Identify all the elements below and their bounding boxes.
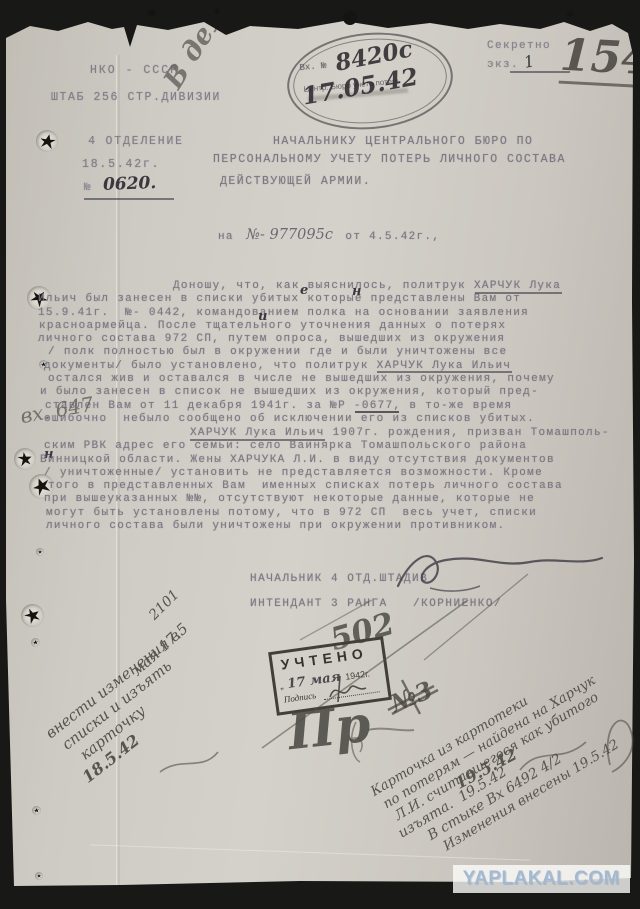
site-watermark: YAPLAKAL.COM bbox=[453, 865, 630, 893]
uchteno-date-handwritten: 17 мая bbox=[287, 670, 342, 692]
pencil-mark-n3-crossed: №3 bbox=[386, 675, 437, 718]
letterhead-number-handwritten: 0620. bbox=[103, 173, 157, 195]
handwritten-correction: е bbox=[300, 283, 308, 298]
body-text-line: того в представленных Вам именных списка… bbox=[48, 480, 610, 493]
reference-prefix: на bbox=[218, 231, 234, 243]
paper-crease-bottom bbox=[90, 844, 530, 860]
secrecy-label: Секретно bbox=[487, 40, 551, 52]
pencil-stroke bbox=[368, 729, 414, 731]
addressee-line2: ПЕРСОНАЛЬНОМУ УЧЕТУ ПОТЕРЬ ЛИЧНОГО СОСТА… bbox=[213, 153, 566, 166]
scanned-document-photo: НКО - СССР ШТАБ 256 СТР.ДИВИЗИИ 4 ОТДЕЛЕ… bbox=[0, 0, 640, 909]
letterhead-number-underline bbox=[84, 198, 174, 200]
body-text-line: остался жив и оставался в числе не вышед… bbox=[48, 373, 561, 386]
ink-signature bbox=[398, 556, 602, 586]
handwritten-correction: н bbox=[352, 284, 361, 299]
addressee-line3: ДЕЙСТВУЮЩЕЙ АРМИИ. bbox=[220, 175, 371, 188]
body-text-line: ским РВК адрес его семьи: село Вайнярка … bbox=[44, 440, 610, 453]
body-paragraph-1: Доношу, что, как выяснилось, политрук ХА… bbox=[38, 280, 561, 426]
body-text-line: ошибочно небыло сообщено об исключении е… bbox=[44, 413, 561, 426]
pencil-stroke bbox=[424, 574, 528, 660]
ink-blot bbox=[343, 11, 357, 25]
body-text-line: красноармейца. После тщательного уточнен… bbox=[39, 320, 561, 333]
uchteno-quote: „ bbox=[279, 681, 284, 692]
body-text-line: личного состава 972 СП, путем опроса, вы… bbox=[38, 333, 561, 346]
note-bottom-left-number: 2101 bbox=[146, 587, 183, 624]
underline-name bbox=[377, 371, 512, 373]
body-paragraph-2: ХАРЧУК Лука Ильич 1907г. рождения, призв… bbox=[40, 427, 610, 533]
body-text-line: и было занесен в список не вышедших из о… bbox=[40, 386, 561, 399]
ink-blot bbox=[567, 11, 573, 17]
dispatch-note-handwriting: В дело bbox=[158, 0, 240, 94]
letterhead-department: 4 ОТДЕЛЕНИЕ bbox=[66, 135, 206, 148]
note-bottom-left-block: внести изменения в списки и изъять карто… bbox=[42, 626, 220, 789]
body-text-line: Винницкой области. Жены ХАРЧУКА Л.И. в в… bbox=[40, 454, 610, 467]
reference-suffix: от 4.5.42г., bbox=[345, 231, 440, 243]
punch-hole bbox=[32, 806, 41, 815]
body-text-line: личного состава были уничтожены при окру… bbox=[46, 520, 610, 533]
punch-hole bbox=[36, 548, 44, 556]
body-text-line: ставлен Вам от 11 декабря 1941г. за №Р -… bbox=[45, 400, 561, 413]
punch-hole bbox=[35, 872, 43, 880]
ink-blot bbox=[148, 9, 156, 17]
copy-number-label: экз. bbox=[487, 59, 519, 71]
underline-number bbox=[355, 411, 399, 413]
uchteno-year: 1942г. bbox=[345, 668, 371, 681]
copy-number-value: 1 bbox=[522, 51, 536, 72]
handwritten-correction: и bbox=[258, 309, 267, 324]
signatory-rank: ИНТЕНДАНТ 3 РАНГА bbox=[250, 598, 388, 610]
punch-hole bbox=[36, 130, 58, 152]
body-text-line: при вышеуказанных №№, отсутствуют некото… bbox=[44, 493, 610, 506]
body-text-line: 15.9.41г. №- 0442, командованием полка н… bbox=[38, 307, 561, 320]
body-text-line: / уничтоженные/ установить не представля… bbox=[44, 467, 610, 480]
body-text-line: могут быть установлены потому, что в 972… bbox=[46, 507, 610, 520]
reference-number: №- 977095с bbox=[246, 227, 333, 243]
signatory-name: /КОРНИЕНКО/ bbox=[413, 598, 502, 610]
letterhead-unit: ШТАБ 256 СТР.ДИВИЗИИ bbox=[36, 91, 236, 104]
punch-hole bbox=[14, 448, 36, 470]
letterhead-date: 18.5.42г. bbox=[82, 158, 160, 171]
underline-name bbox=[475, 292, 562, 294]
addressee-line1: НАЧАЛЬНИКУ ЦЕНТРАЛЬНОГО БЮРО ПО bbox=[273, 135, 533, 148]
punch-hole bbox=[31, 638, 40, 647]
body-text-line: / полк полностью был в окружении где и б… bbox=[48, 346, 561, 359]
signatory-position: НАЧАЛЬНИК 4 ОТД.ШТАДИВ bbox=[250, 573, 428, 585]
punch-hole bbox=[21, 604, 44, 627]
reference-line: на №- 977095с от 4.5.42г., bbox=[218, 226, 440, 244]
letterhead-number-sign: № bbox=[84, 182, 91, 194]
page-number-handwritten: 154 bbox=[559, 30, 640, 89]
ink-signature-flourish bbox=[430, 586, 480, 591]
body-text-line: ХАРЧУК Лука Ильич 1907г. рождения, призв… bbox=[190, 427, 610, 440]
pencil-mark-pr: Пр bbox=[285, 694, 373, 761]
